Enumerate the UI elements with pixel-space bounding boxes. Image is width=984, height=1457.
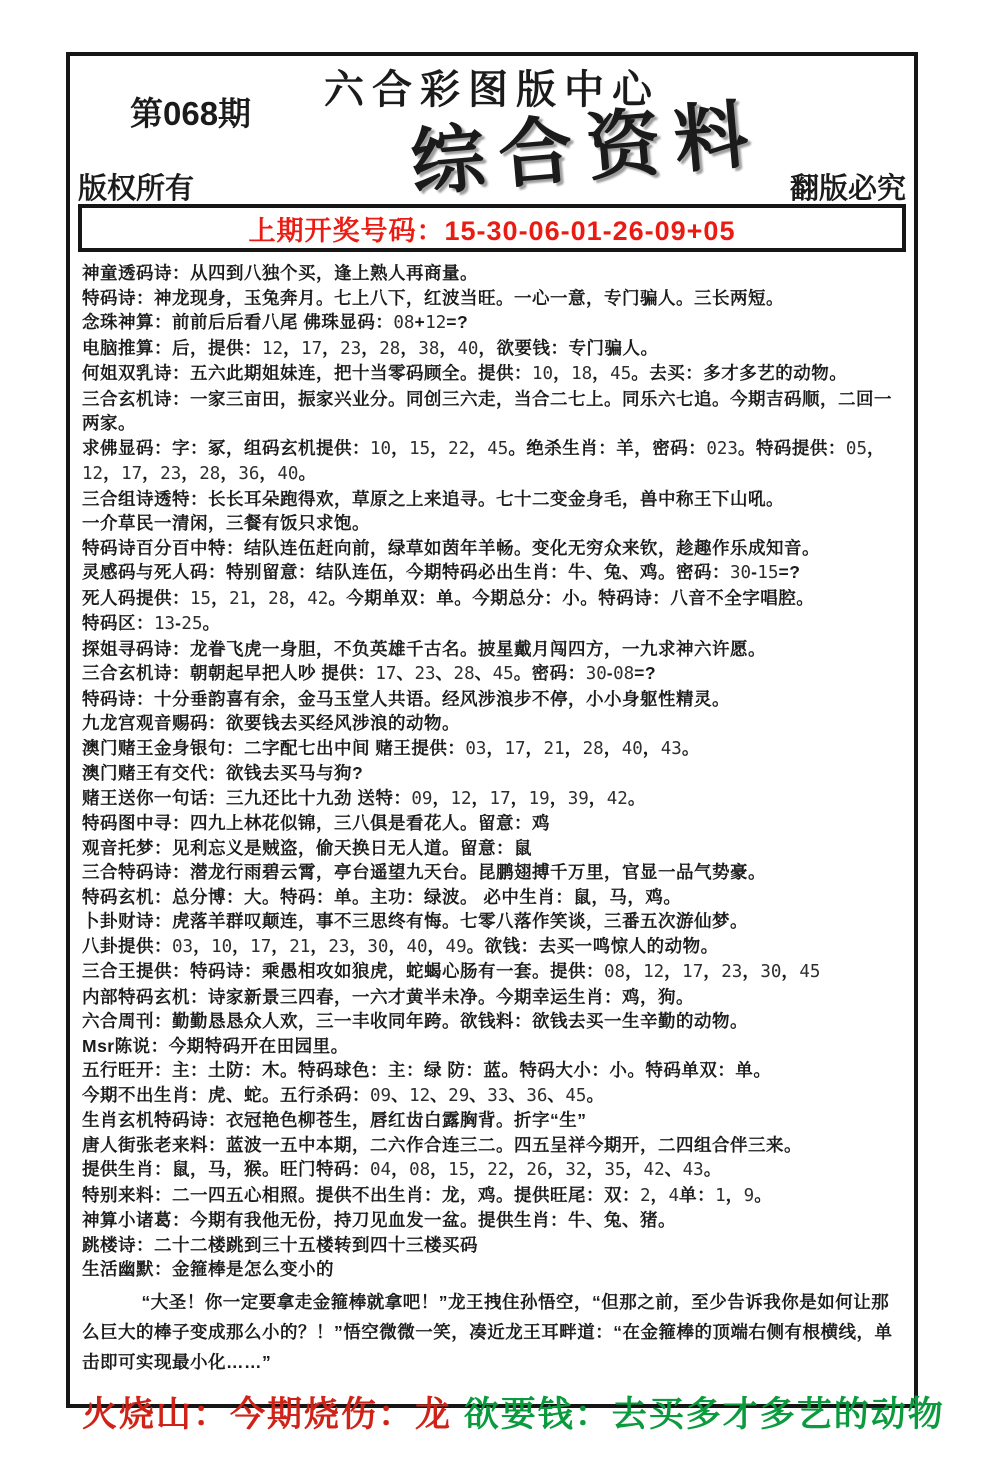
body-line: 九龙宫观音赐码：欲要钱去买经风涉浪的动物。 [82, 711, 904, 736]
body-line: 念珠神算：前前后后看八尾 佛珠显码：08+12=? [82, 310, 904, 336]
body-line: 三合王提供：特码诗：乘愚相攻如狼虎，蛇蝎心肠有一套。提供：08，12，17，23… [82, 959, 904, 985]
body-line: 澳门赌王有交代：欲钱去买马与狗? [82, 761, 904, 786]
body-line: 死人码提供：15，21，28，42。今期单双：单。今期总分：小。特码诗：八音不全… [82, 586, 904, 612]
tips-body: 神童透码诗：从四到八独个买，逢上熟人再商量。特码诗：神龙现身，玉兔奔月。七上八下… [70, 252, 914, 1437]
anti-piracy-notice: 翻版必究 [790, 166, 906, 207]
body-line: 唐人街张老来料：蓝波一五中本期，二六作合连三二。四五呈祥今期开，二四组合伴三来。 [82, 1133, 904, 1158]
body-line: 澳门赌王金身银句：二字配七出中间 赌王提供：03，17，21，28，40，43。 [82, 736, 904, 762]
body-line: 何姐双乳诗：五六此期姐妹连，把十当零码顾全。提供：10，18，45。去买：多才多… [82, 361, 904, 387]
body-line: 神算小诸葛：今期有我他无份，持刀见血发一盆。提供生肖：牛、兔、猪。 [82, 1208, 904, 1233]
previous-draw-box: 上期开奖号码：15-30-06-01-26-09+05 [78, 204, 906, 252]
tips-lines: 神童透码诗：从四到八独个买，逢上熟人再商量。特码诗：神龙现身，玉兔奔月。七上八下… [82, 261, 904, 1282]
body-line: 生肖玄机特码诗：衣冠艳色柳苍生，唇红齿白露胸背。折字“生” [82, 1108, 904, 1133]
footer-red-text: 火烧山：今期烧伤：龙 [82, 1395, 452, 1434]
body-line: 特码诗：神龙现身，玉兔奔月。七上八下，红波当旺。一心一意，专门骗人。三长两短。 [82, 286, 904, 311]
body-line: 三合特码诗：潜龙行雨碧云霄，亭台遥望九天台。昆鹏翅搏千万里，官显一品气势豪。 [82, 860, 904, 885]
copyright-notice: 版权所有 [78, 166, 194, 207]
body-line: 六合周刊：勤勤恳恳众人欢，三一丰收同年跨。欲钱料：欲钱去买一生辛勤的动物。 [82, 1009, 904, 1034]
body-line: 求佛显码：字：冢，组码玄机提供：10，15，22，45。绝杀生肖：羊，密码：02… [82, 436, 904, 487]
footer-highlight-line: 火烧山：今期烧伤：龙 欲要钱：去买多才多艺的动物 [82, 1387, 904, 1437]
body-line: 今期不出生肖：虎、蛇。五行杀码：09、12、29、33、36、45。 [82, 1083, 904, 1109]
body-line: 一介草民一清闲，三餐有饭只求饱。 [82, 511, 904, 536]
body-line: 观音托梦：见利忘义是贼盗，偷天换日无人道。留意：鼠 [82, 836, 904, 861]
previous-draw-numbers: 上期开奖号码：15-30-06-01-26-09+05 [249, 209, 736, 248]
body-line: 灵感码与死人码：特别留意：结队连伍，今期特码必出生肖：牛、兔、鸡。密码：30-1… [82, 560, 904, 586]
body-line: 神童透码诗：从四到八独个买，逢上熟人再商量。 [82, 261, 904, 286]
body-line: 特码区：13-25。 [82, 611, 904, 637]
body-line: 特码诗：十分垂韵喜有余，金马玉堂人共语。经风涉浪步不停，小小身躯性精灵。 [82, 687, 904, 712]
body-line: 三合玄机诗：朝朝起早把人吵 提供：17、23、28、45。密码：30-08=? [82, 661, 904, 687]
humor-paragraph: “大圣！你一定要拿走金箍棒就拿吧！”龙王拽住孙悟空，“但那之前，至少告诉我你是如… [82, 1287, 904, 1377]
body-line: 电脑推算：后，提供：12，17，23，28，38，40，欲要钱：专门骗人。 [82, 336, 904, 362]
body-line: 生活幽默：金箍棒是怎么变小的 [82, 1257, 904, 1282]
body-line: 探姐寻码诗：龙眷飞虎一身胆，不负英雄千古名。披星戴月闯四方，一九求神六许愿。 [82, 637, 904, 662]
footer-green-text: 欲要钱：去买多才多艺的动物 [464, 1395, 945, 1434]
outer-border-box: 第068期 六合彩图版中心 综合资料 版权所有 翻版必究 上期开奖号码：15-3… [66, 52, 918, 1408]
body-line: 特别来料：二一四五心相照。提供不出生肖：龙，鸡。提供旺尾：双：2，4单：1，9。 [82, 1183, 904, 1209]
body-line: 特码玄机：总分博：大。特码：单。主功：绿波。 必中生肖：鼠，马，鸡。 [82, 885, 904, 910]
body-line: 提供生肖：鼠，马，猴。旺门特码：04，08，15，22，26，32，35，42、… [82, 1157, 904, 1183]
header: 第068期 六合彩图版中心 综合资料 版权所有 翻版必究 [70, 56, 914, 204]
body-line: 内部特码玄机：诗家新景三四春，一六才黄半未净。今期幸运生肖：鸡，狗。 [82, 985, 904, 1010]
body-line: Msr陈说：今期特码开在田园里。 [82, 1034, 904, 1059]
lottery-info-sheet: 第068期 六合彩图版中心 综合资料 版权所有 翻版必究 上期开奖号码：15-3… [0, 0, 984, 1457]
body-line: 三合玄机诗：一家三亩田，振家兴业分。同创三六走，当合二七上。同乐六七追。今期吉码… [82, 387, 904, 436]
body-line: 八卦提供：03，10，17，21，23，30，40，49。欲钱：去买一鸣惊人的动… [82, 934, 904, 960]
body-line: 三合组诗透特：长长耳朵跑得欢，草原之上来追寻。七十二变金身毛，兽中称王下山吼。 [82, 487, 904, 512]
body-line: 特码图中寻：四九上林花似锦，三八俱是看花人。留意：鸡 [82, 811, 904, 836]
body-line: 卜卦财诗：虎落羊群叹颠连，事不三思终有悔。七零八落作笑谈，三番五次游仙梦。 [82, 909, 904, 934]
body-line: 赌王送你一句话：三九还比十九劲 送特：09，12，17，19，39，42。 [82, 786, 904, 812]
body-line: 五行旺开：主：土防：木。特码球色：主：绿 防：蓝。特码大小：小。特码单双：单。 [82, 1058, 904, 1083]
body-line: 跳楼诗：二十二楼跳到三十五楼转到四十三楼买码 [82, 1233, 904, 1258]
body-line: 特码诗百分百中特：结队连伍赶向前，绿草如茵年羊畅。变化无穷众来钦，趁趣作乐成知音… [82, 536, 904, 561]
